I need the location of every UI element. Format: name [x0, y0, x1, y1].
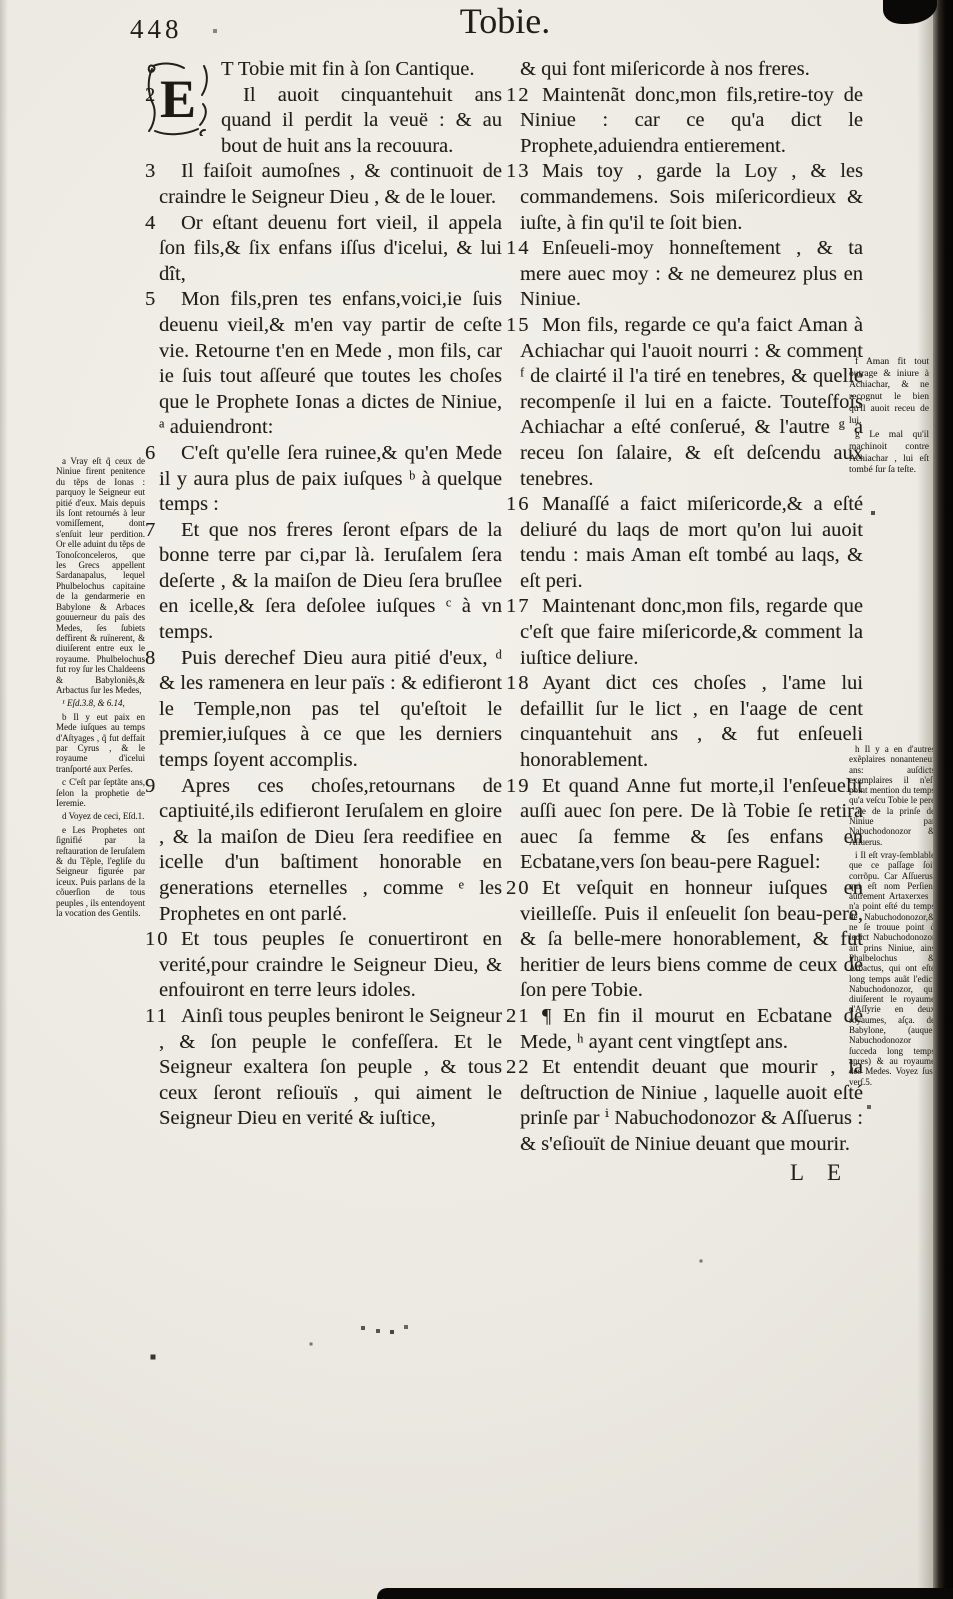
verse-number: 2: [145, 83, 157, 109]
margin-note-a: a Vray eſt q̃ ceux de Niniue firent peni…: [56, 456, 145, 695]
verse-number: 20: [506, 876, 531, 902]
verse-text: Enſeueli-moy honneſtement , & ta mere au…: [520, 237, 863, 310]
verse-text: Or eſtant deuenu fort vieil, il appela ſ…: [159, 212, 502, 285]
catchword: L E: [790, 1160, 850, 1186]
verse-text: Mon fils,pren tes enfans,voici,ie ſuis d…: [159, 288, 502, 438]
verse: 17Maintenant donc,mon fils, regarde que …: [520, 594, 863, 671]
verse-text: Et tous peuples ſe conuertiront en verit…: [159, 928, 502, 1001]
verse: 9Apres ces choſes,retournans de captiuit…: [159, 774, 502, 928]
verse-text: & qui font miſericorde à nos freres.: [520, 58, 810, 80]
verse-text: Ayant dict ces choſes , l'ame lui defail…: [520, 672, 863, 771]
verse-text: Maintenãt donc,mon fils,retire-toy de Ni…: [520, 84, 863, 157]
page-edge-left: [0, 0, 8, 1599]
verse: 18Ayant dict ces choſes , l'ame lui defa…: [520, 671, 863, 773]
verse: 21¶ En fin il mourut en Ecbatane de Mede…: [520, 1004, 863, 1055]
margin-note-b: b Il y eut paix en Mede iuſques au temps…: [56, 712, 145, 774]
verse-number: 10: [145, 927, 170, 953]
verse-number: 13: [506, 159, 531, 185]
verse-number: 4: [145, 211, 157, 237]
verse-number: 9: [145, 774, 157, 800]
scanned-book-page: 448 Tobie. E T Tobie mit fin à ſon Canti…: [0, 0, 953, 1599]
verse: 14Enſeueli-moy honneſtement , & ta mere …: [520, 236, 863, 313]
verse: 4Or eſtant deuenu fort vieil, il appela …: [159, 211, 502, 288]
verse: 10Et tous peuples ſe conuertiront en ver…: [159, 927, 502, 1004]
verse-text: Puis derechef Dieu aura pitié d'eux, ᵈ &…: [159, 647, 502, 771]
verse-number: 12: [506, 83, 531, 109]
verse-text: Il faiſoit aumoſnes , & continuoit de cr…: [159, 160, 502, 208]
verse-number: 6: [145, 441, 157, 467]
verse-number: 11: [145, 1004, 169, 1030]
verse-number: 19: [506, 774, 531, 800]
verse-text: Manaſſé a faict miſericorde,& a eſté del…: [520, 493, 863, 592]
verse-text: Et quand Anne fut morte,il l'enſeuelit a…: [520, 775, 863, 874]
verse: 6C'eſt qu'elle ſera ruinee,& qu'en Mede …: [159, 441, 502, 518]
verse-number: 16: [506, 492, 531, 518]
verse-number: 18: [506, 671, 531, 697]
verse: & qui font miſericorde à nos freres.: [520, 57, 863, 83]
verse-text: Et entendit deuant que mourir , la deſtr…: [520, 1056, 863, 1155]
verse: 15Mon fils, regarde ce qu'a faict Aman à…: [520, 313, 863, 492]
verse: 11Ainſi tous peuples beniront le Seigneu…: [159, 1004, 502, 1132]
verse: 19Et quand Anne fut morte,il l'enſeuelit…: [520, 774, 863, 876]
page-edge-bottom: [377, 1588, 953, 1599]
verse-number: 21: [506, 1004, 531, 1030]
verse-number: 5: [145, 287, 157, 313]
page-edge-right: [933, 0, 953, 1599]
verse-number: 17: [506, 594, 531, 620]
verse-text: Et que nos freres ſeront eſpars de la bo…: [159, 519, 502, 643]
page-gutter-shadow: [917, 0, 933, 1599]
margin-note-d: d Voyez de ceci, Eſd.1.: [56, 811, 145, 821]
verse: T Tobie mit fin à ſon Cantique.: [159, 57, 502, 83]
scan-speckles: [0, 0, 2, 2]
margin-note-e: e Les Prophetes ont ſignifié par la reſt…: [56, 825, 145, 919]
margin-note-c: c C'eſt par ſeptãte ans, ſelon la prophe…: [56, 777, 145, 808]
verse-text: Maintenant donc,mon fils, regarde que c'…: [520, 595, 863, 668]
text-column-left: E T Tobie mit fin à ſon Cantique. 2Il au…: [145, 57, 502, 1132]
margin-notes-left: a Vray eſt q̃ ceux de Niniue firent peni…: [56, 456, 145, 921]
verse: 12Maintenãt donc,mon fils,retire-toy de …: [520, 83, 863, 160]
verse-text: Mon fils, regarde ce qu'a faict Aman à A…: [520, 314, 863, 490]
verse-number: 7: [145, 518, 157, 544]
verse: 13Mais toy , garde la Loy , & les comman…: [520, 159, 863, 236]
verse-text: C'eſt qu'elle ſera ruinee,& qu'en Mede i…: [159, 442, 502, 515]
verse: 16Manaſſé a faict miſericorde,& a eſté d…: [520, 492, 863, 594]
verse-number: 14: [506, 236, 531, 262]
verse: 8Puis derechef Dieu aura pitié d'eux, ᵈ …: [159, 646, 502, 774]
verse: 22Et entendit deuant que mourir , la deſ…: [520, 1055, 863, 1157]
verse-text: ¶ En fin il mourut en Ecbatane de Mede, …: [520, 1005, 863, 1053]
verse: 20Et veſquit en honneur iuſques en vieil…: [520, 876, 863, 1004]
verse-text: Mais toy , garde la Loy , & les commande…: [520, 160, 863, 233]
verse-number: 22: [506, 1055, 531, 1081]
margin-note-ref: ¹ Eſd.3.8, & 6.14,: [56, 698, 145, 708]
verse-text: T Tobie mit fin à ſon Cantique.: [221, 58, 474, 80]
verse-text: Ainſi tous peuples beniront le Seigneur …: [159, 1005, 502, 1129]
verse: 7Et que nos freres ſeront eſpars de la b…: [159, 518, 502, 646]
verse-text: Apres ces choſes,retournans de captiuité…: [159, 775, 502, 925]
running-title: Tobie.: [145, 0, 865, 42]
verse-number: 8: [145, 646, 157, 672]
verse-number: 3: [145, 159, 157, 185]
verse-number: 15: [506, 313, 531, 339]
verse: 3Il faiſoit aumoſnes , & continuoit de c…: [159, 159, 502, 210]
verse: 5Mon fils,pren tes enfans,voici,ie ſuis …: [159, 287, 502, 441]
verse-text: Et veſquit en honneur iuſques en vieille…: [520, 877, 863, 1001]
verse: 2Il auoit cinquantehuit ans quand il per…: [159, 83, 502, 160]
verse-text: Il auoit cinquantehuit ans quand il perd…: [221, 84, 502, 157]
text-column-right: & qui font miſericorde à nos freres. 12M…: [506, 57, 863, 1158]
